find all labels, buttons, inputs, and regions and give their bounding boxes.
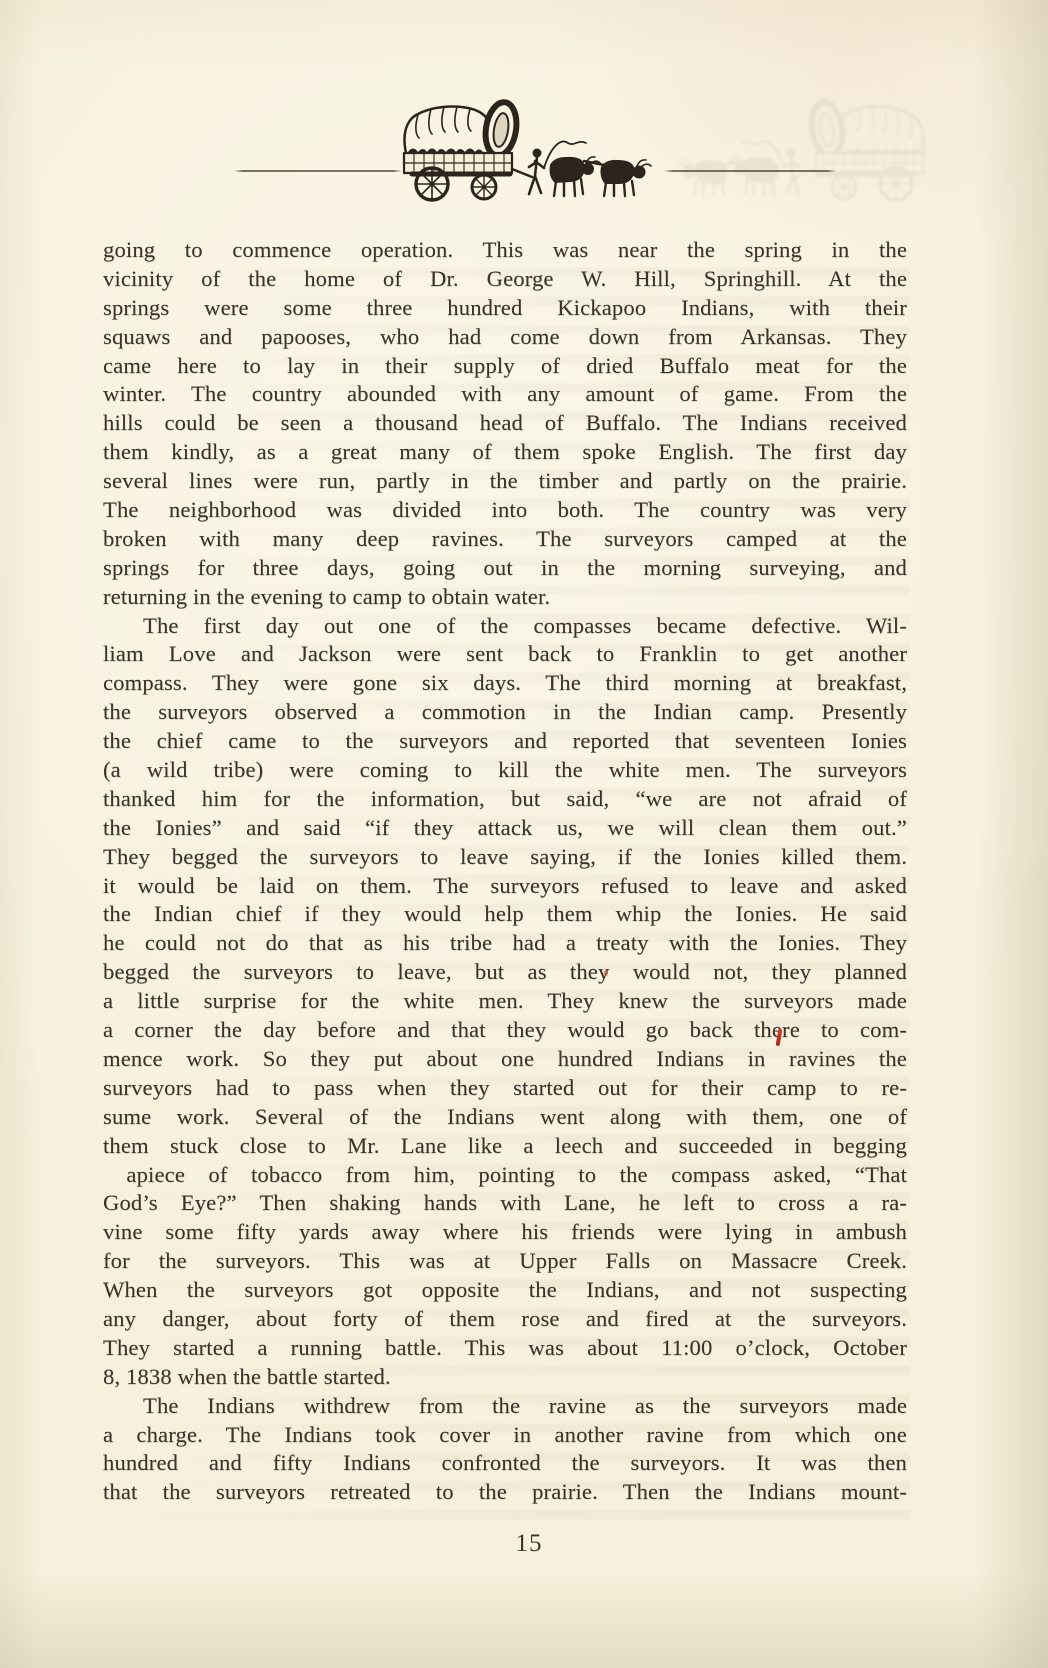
text-line: the Indian chief if they would help them…: [103, 900, 907, 929]
text-line: the surveyors observed a commotion in th…: [103, 698, 907, 727]
text-line: it would be laid on them. The surveyors …: [103, 872, 907, 901]
header-rule-right: [664, 170, 836, 172]
text-line: The neighborhood was divided into both. …: [103, 496, 907, 525]
text-line: he could not do that as his tribe had a …: [103, 929, 907, 958]
page-number: 15: [0, 1530, 1048, 1558]
text-line: (a wild tribe) were coming to kill the w…: [103, 756, 907, 785]
body-text: going to commence operation. This was ne…: [103, 236, 907, 1507]
text-line: When the surveyors got opposite the Indi…: [103, 1276, 907, 1305]
book-page: going to commence operation. This was ne…: [0, 0, 1048, 1668]
red-speck-mark: [604, 970, 608, 976]
text-line: 8, 1838 when the battle started.: [103, 1363, 907, 1392]
text-line: The first day out one of the compasses b…: [103, 612, 907, 641]
text-line: any danger, about forty of them rose and…: [103, 1305, 907, 1334]
text-line: a charge. The Indians took cover in anot…: [103, 1421, 907, 1450]
covered-wagon-illustration: [398, 96, 660, 202]
text-line: a corner the day before and that they wo…: [103, 1016, 907, 1045]
text-line: surveyors had to pass when they started …: [103, 1074, 907, 1103]
text-line: The Indians withdrew from the ravine as …: [103, 1392, 907, 1421]
text-line: came here to lay in their supply of drie…: [103, 352, 907, 381]
text-line: God’s Eye?” Then shaking hands with Lane…: [103, 1189, 907, 1218]
text-line: vine some fifty yards away where his fri…: [103, 1218, 907, 1247]
text-line: liam Love and Jackson were sent back to …: [103, 640, 907, 669]
text-line: They started a running battle. This was …: [103, 1334, 907, 1363]
text-line: apiece of tobacco from him, pointing to …: [103, 1161, 907, 1190]
text-line: them stuck close to Mr. Lane like a leec…: [103, 1132, 907, 1161]
text-line: broken with many deep ravines. The surve…: [103, 525, 907, 554]
text-line: the Ionies” and said “if they attack us,…: [103, 814, 907, 843]
text-line: springs for three days, going out in the…: [103, 554, 907, 583]
text-line: winter. The country abounded with any am…: [103, 380, 907, 409]
text-line: hundred and fifty Indians confronted the…: [103, 1449, 907, 1478]
text-line: sume work. Several of the Indians went a…: [103, 1103, 907, 1132]
text-line: a little surprise for the white men. The…: [103, 987, 907, 1016]
text-line: compass. They were gone six days. The th…: [103, 669, 907, 698]
text-line: vicinity of the home of Dr. George W. Hi…: [103, 265, 907, 294]
text-line: the chief came to the surveyors and repo…: [103, 727, 907, 756]
text-line: squaws and papooses, who had come down f…: [103, 323, 907, 352]
text-line: that the surveyors retreated to the prai…: [103, 1478, 907, 1507]
text-line: begged the surveyors to leave, but as th…: [103, 958, 907, 987]
text-line: returning in the evening to camp to obta…: [103, 583, 907, 612]
text-line: several lines were run, partly in the ti…: [103, 467, 907, 496]
text-line: them kindly, as a great many of them spo…: [103, 438, 907, 467]
text-line: thanked him for the information, but sai…: [103, 785, 907, 814]
header-rule-left: [234, 170, 402, 172]
text-line: They begged the surveyors to leave sayin…: [103, 843, 907, 872]
text-line: springs were some three hundred Kickapoo…: [103, 294, 907, 323]
text-line: for the surveyors. This was at Upper Fal…: [103, 1247, 907, 1276]
text-line: going to commence operation. This was ne…: [103, 236, 907, 265]
text-line: hills could be seen a thousand head of B…: [103, 409, 907, 438]
text-line: mence work. So they put about one hundre…: [103, 1045, 907, 1074]
covered-wagon-showthrough: [668, 96, 930, 202]
